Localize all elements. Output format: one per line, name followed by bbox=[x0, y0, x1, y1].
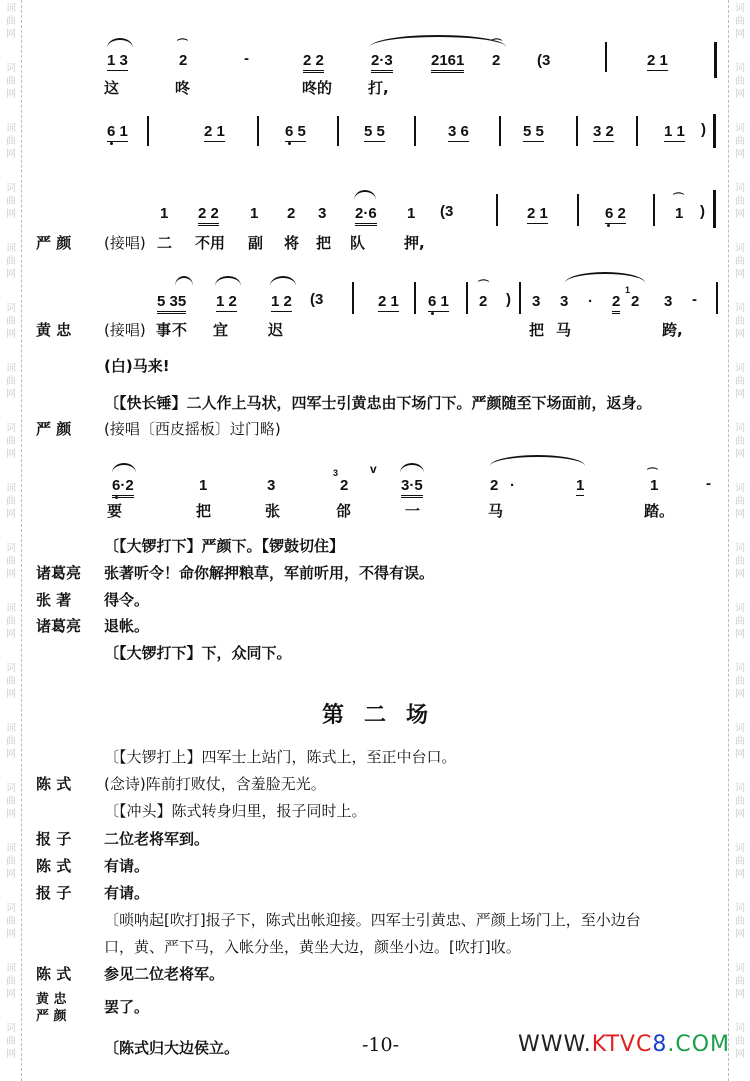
note: 3 6 bbox=[448, 123, 469, 142]
watermark-stamp: 词曲网 bbox=[4, 482, 18, 521]
lyric: 张 bbox=[265, 500, 280, 521]
watermark-char: 曲 bbox=[733, 1035, 747, 1048]
note: (3 bbox=[310, 291, 323, 308]
watermark-char: 曲 bbox=[733, 15, 747, 28]
watermark-char: 网 bbox=[733, 568, 747, 581]
watermark-stamp: 词曲网 bbox=[733, 302, 747, 341]
lyric: 跨, bbox=[662, 319, 683, 340]
role-name: 报 子 bbox=[36, 828, 71, 849]
slur-mark bbox=[490, 455, 585, 466]
slur-mark bbox=[107, 38, 133, 48]
lyric: 押, bbox=[404, 232, 425, 253]
watermark-stamp: 词曲网 bbox=[733, 122, 747, 161]
note: 2 2 bbox=[303, 52, 324, 73]
dialogue-text: 得令。 bbox=[104, 589, 149, 610]
bar-line bbox=[577, 194, 579, 226]
note: 2 1 bbox=[527, 205, 548, 224]
site-letter: V bbox=[620, 1032, 636, 1057]
lyric: 郃 bbox=[336, 500, 351, 521]
bar-line bbox=[653, 194, 655, 226]
note: 2 2 bbox=[198, 205, 219, 226]
bar-line bbox=[466, 282, 468, 314]
watermark-char: 词 bbox=[4, 362, 18, 375]
lyric: 迟 bbox=[268, 319, 283, 340]
watermark-char: 曲 bbox=[733, 975, 747, 988]
left-margin-guide bbox=[21, 0, 22, 1081]
watermark-char: 曲 bbox=[4, 15, 18, 28]
bar-line bbox=[716, 282, 718, 314]
spoken-line: (白)马来! bbox=[104, 355, 170, 376]
breath-mark: v bbox=[370, 462, 377, 476]
note: 5 35 bbox=[157, 293, 186, 314]
low-octave-dot bbox=[288, 142, 291, 145]
note: 3 bbox=[267, 477, 275, 494]
lyric: 宜 bbox=[213, 319, 228, 340]
watermark-char: 词 bbox=[4, 182, 18, 195]
watermark-char: 网 bbox=[733, 268, 747, 281]
note: 1 bbox=[250, 205, 258, 222]
watermark-char: 词 bbox=[733, 2, 747, 15]
watermark-char: 词 bbox=[733, 722, 747, 735]
grace-note: 3 bbox=[333, 468, 338, 478]
stage-direction: 口，黄、严下马，入帐分坐，黄坐大边，颜坐小边。[吹打]收。 bbox=[104, 936, 521, 957]
slur-mark bbox=[565, 272, 645, 283]
slur-mark bbox=[400, 463, 424, 473]
watermark-stamp: 词曲网 bbox=[733, 842, 747, 881]
site-watermark: WWW.KTVC8.COM bbox=[518, 1032, 730, 1057]
lyric: 队 bbox=[350, 232, 365, 253]
note: 2·6 bbox=[355, 205, 377, 226]
bar-line bbox=[713, 114, 716, 148]
paren-close: ) bbox=[700, 203, 705, 220]
watermark-char: 曲 bbox=[4, 315, 18, 328]
lyric: 把 bbox=[196, 500, 211, 521]
watermark-stamp: 词曲网 bbox=[4, 962, 18, 1001]
note: 1 bbox=[160, 205, 168, 222]
note: 1 bbox=[675, 205, 683, 222]
watermark-char: 词 bbox=[4, 302, 18, 315]
watermark-stamp: 词曲网 bbox=[733, 242, 747, 281]
fermata-mark: ⌒ bbox=[673, 190, 684, 206]
slur-mark bbox=[215, 276, 241, 286]
role-name: 黄 忠 bbox=[36, 319, 71, 340]
watermark-char: 曲 bbox=[733, 435, 747, 448]
note: 2 bbox=[492, 52, 500, 69]
watermark-char: 词 bbox=[733, 62, 747, 75]
watermark-char: 词 bbox=[4, 482, 18, 495]
note: 2 bbox=[479, 293, 487, 310]
bar-line bbox=[414, 282, 416, 314]
lyric: 将 bbox=[284, 232, 299, 253]
bar-line bbox=[713, 190, 716, 228]
watermark-char: 曲 bbox=[733, 495, 747, 508]
watermark-char: 曲 bbox=[733, 195, 747, 208]
stage-direction: 〔【大锣打上】四军士上站门，陈式上，至正中台口。 bbox=[104, 746, 457, 767]
stage-direction: 〔陈式归大边侯立。 bbox=[104, 1037, 239, 1058]
watermark-char: 词 bbox=[4, 782, 18, 795]
note: 3 bbox=[664, 293, 672, 310]
note: 5 5 bbox=[364, 123, 385, 142]
lyric: 二 bbox=[157, 232, 172, 253]
site-letter: 8 bbox=[652, 1032, 667, 1057]
low-octave-dot bbox=[431, 312, 434, 315]
watermark-char: 曲 bbox=[733, 675, 747, 688]
note: 1 2 bbox=[216, 293, 237, 312]
bar-line bbox=[496, 194, 498, 226]
watermark-stamp: 词曲网 bbox=[733, 542, 747, 581]
dialogue-text: 参见二位老将军。 bbox=[104, 963, 224, 984]
role-name: 陈 式 bbox=[36, 963, 71, 984]
watermark-stamp: 词曲网 bbox=[4, 902, 18, 941]
watermark-char: 词 bbox=[733, 962, 747, 975]
lyric: 马 bbox=[488, 500, 503, 521]
watermark-char: 词 bbox=[4, 842, 18, 855]
watermark-char: 网 bbox=[4, 988, 18, 1001]
bar-line bbox=[519, 282, 521, 314]
lyric: 马 bbox=[556, 319, 571, 340]
watermark-stamp: 词曲网 bbox=[4, 62, 18, 101]
watermark-char: 曲 bbox=[4, 855, 18, 868]
watermark-char: 曲 bbox=[4, 615, 18, 628]
watermark-char: 曲 bbox=[4, 75, 18, 88]
watermark-stamp: 词曲网 bbox=[4, 362, 18, 401]
watermark-char: 网 bbox=[733, 628, 747, 641]
paren-close: ) bbox=[506, 291, 511, 308]
watermark-char: 网 bbox=[733, 868, 747, 881]
watermark-char: 词 bbox=[733, 422, 747, 435]
bar-line bbox=[499, 116, 501, 146]
note: 1 bbox=[650, 477, 658, 494]
role-name: 严 颜 bbox=[36, 1005, 67, 1024]
watermark-stamp: 词曲网 bbox=[4, 122, 18, 161]
lyric: 事 bbox=[156, 319, 171, 340]
watermark-char: 词 bbox=[4, 122, 18, 135]
note: 3 bbox=[318, 205, 326, 222]
dash: - bbox=[706, 475, 711, 492]
dialogue-text: 二位老将军到。 bbox=[104, 828, 209, 849]
watermark-stamp: 词曲网 bbox=[733, 422, 747, 461]
watermark-char: 曲 bbox=[733, 315, 747, 328]
watermark-char: 网 bbox=[4, 148, 18, 161]
watermark-char: 词 bbox=[733, 182, 747, 195]
site-suffix: .COM bbox=[667, 1032, 730, 1057]
slur-mark bbox=[370, 35, 506, 47]
watermark-stamp: 词曲网 bbox=[4, 2, 18, 41]
watermark-char: 曲 bbox=[4, 915, 18, 928]
bar-line bbox=[414, 116, 416, 146]
dialogue-text: 有请。 bbox=[104, 882, 149, 903]
watermark-char: 词 bbox=[4, 542, 18, 555]
watermark-char: 词 bbox=[733, 662, 747, 675]
note: 6 5 bbox=[285, 123, 306, 142]
watermark-char: 词 bbox=[4, 902, 18, 915]
bar-line bbox=[605, 42, 607, 72]
page-number: -10- bbox=[362, 1034, 399, 1056]
watermark-char: 网 bbox=[733, 28, 747, 41]
bar-line bbox=[257, 116, 259, 146]
watermark-char: 曲 bbox=[733, 375, 747, 388]
watermark-char: 网 bbox=[4, 688, 18, 701]
lyric: 咚 bbox=[175, 77, 190, 98]
lyric: 打, bbox=[368, 77, 389, 98]
watermark-char: 曲 bbox=[733, 75, 747, 88]
watermark-char: 网 bbox=[733, 508, 747, 521]
watermark-char: 网 bbox=[733, 748, 747, 761]
watermark-stamp: 词曲网 bbox=[4, 1022, 18, 1061]
lyric: 要 bbox=[107, 500, 122, 521]
watermark-char: 网 bbox=[4, 88, 18, 101]
note: 1 bbox=[576, 477, 584, 496]
watermark-char: 网 bbox=[4, 748, 18, 761]
role-name: 张 著 bbox=[36, 589, 71, 610]
watermark-stamp: 词曲网 bbox=[733, 362, 747, 401]
dash: - bbox=[244, 50, 249, 67]
watermark-char: 网 bbox=[733, 1048, 747, 1061]
paren-close: ) bbox=[701, 121, 706, 138]
watermark-char: 曲 bbox=[4, 675, 18, 688]
note: 1 3 bbox=[107, 52, 128, 71]
dialogue-text: (念诗)阵前打败仗，含羞脸无光。 bbox=[104, 773, 326, 794]
watermark-char: 词 bbox=[733, 302, 747, 315]
watermark-stamp: 词曲网 bbox=[4, 662, 18, 701]
watermark-stamp: 词曲网 bbox=[4, 842, 18, 881]
low-octave-dot bbox=[607, 224, 610, 227]
note: 3 bbox=[532, 293, 540, 310]
dialogue-text: 退帐。 bbox=[104, 615, 149, 636]
watermark-char: 词 bbox=[733, 242, 747, 255]
lyric: 咚的 bbox=[302, 77, 332, 98]
note: 5 5 bbox=[523, 123, 544, 142]
note: 1 2 bbox=[271, 293, 292, 312]
note: 6 1 bbox=[428, 293, 449, 312]
slur-mark bbox=[175, 276, 193, 286]
note: 2 bbox=[179, 52, 187, 69]
note: 6 2 bbox=[605, 205, 626, 224]
low-octave-dot bbox=[115, 496, 118, 499]
stage-direction: 〔唢呐起[吹打]报子下，陈式出帐迎接。四军士引黄忠、严颜上场门上，至小边台 bbox=[104, 909, 641, 930]
bar-line bbox=[576, 116, 578, 146]
watermark-stamp: 词曲网 bbox=[733, 482, 747, 521]
watermark-char: 曲 bbox=[4, 255, 18, 268]
role-name: 诸葛亮 bbox=[36, 615, 81, 636]
watermark-char: 词 bbox=[733, 482, 747, 495]
bar-line bbox=[337, 116, 339, 146]
role-name: 诸葛亮 bbox=[36, 562, 81, 583]
singing-mode: (接唱) bbox=[104, 232, 146, 253]
watermark-char: 曲 bbox=[733, 615, 747, 628]
watermark-char: 词 bbox=[4, 2, 18, 15]
watermark-stamp: 词曲网 bbox=[733, 722, 747, 761]
watermark-char: 网 bbox=[733, 928, 747, 941]
bar-line bbox=[636, 116, 638, 146]
watermark-char: 曲 bbox=[733, 735, 747, 748]
watermark-stamp: 词曲网 bbox=[733, 62, 747, 101]
note: 2 bbox=[612, 293, 620, 314]
fermata-mark: ⌒ bbox=[491, 36, 502, 52]
watermark-char: 词 bbox=[4, 962, 18, 975]
watermark-stamp: 词曲网 bbox=[4, 782, 18, 821]
watermark-char: 曲 bbox=[733, 255, 747, 268]
watermark-char: 曲 bbox=[4, 795, 18, 808]
watermark-char: 词 bbox=[4, 662, 18, 675]
watermark-char: 曲 bbox=[4, 435, 18, 448]
singing-mode: (接唱) bbox=[104, 319, 146, 340]
bar-line bbox=[714, 42, 717, 78]
role-name: 陈 式 bbox=[36, 855, 71, 876]
dialogue-text: 罢了。 bbox=[104, 996, 149, 1017]
watermark-stamp: 词曲网 bbox=[4, 302, 18, 341]
note: 6 1 bbox=[107, 123, 128, 142]
bar-line bbox=[147, 116, 149, 146]
slur-mark bbox=[354, 190, 376, 200]
watermark-char: 曲 bbox=[4, 195, 18, 208]
watermark-char: 网 bbox=[733, 688, 747, 701]
watermark-char: 曲 bbox=[733, 795, 747, 808]
watermark-char: 网 bbox=[4, 328, 18, 341]
watermark-char: 词 bbox=[733, 1022, 747, 1035]
lyric: 把 bbox=[529, 319, 544, 340]
note: 2 1 bbox=[647, 52, 668, 71]
watermark-char: 网 bbox=[733, 88, 747, 101]
note: 3 2 bbox=[593, 123, 614, 142]
lyric: 把 bbox=[316, 232, 331, 253]
watermark-char: 网 bbox=[4, 928, 18, 941]
dash: - bbox=[692, 291, 697, 308]
role-name: 严 颜 bbox=[36, 232, 71, 253]
note: 2 bbox=[340, 477, 348, 494]
watermark-char: 曲 bbox=[733, 135, 747, 148]
watermark-char: 词 bbox=[4, 422, 18, 435]
note: 3 bbox=[560, 293, 568, 310]
role-name: 陈 式 bbox=[36, 773, 71, 794]
watermark-stamp: 词曲网 bbox=[4, 242, 18, 281]
watermark-char: 曲 bbox=[4, 555, 18, 568]
watermark-char: 词 bbox=[4, 722, 18, 735]
watermark-char: 网 bbox=[4, 268, 18, 281]
watermark-char: 网 bbox=[733, 148, 747, 161]
watermark-char: 曲 bbox=[4, 135, 18, 148]
site-prefix: WWW. bbox=[518, 1032, 592, 1057]
watermark-stamp: 词曲网 bbox=[733, 602, 747, 641]
watermark-char: 曲 bbox=[4, 735, 18, 748]
watermark-char: 网 bbox=[4, 208, 18, 221]
note: 2·3 bbox=[371, 52, 393, 73]
watermark-char: 词 bbox=[733, 362, 747, 375]
stage-direction: 〔【快长锤】二人作上马状，四军士引黄忠由下场门下。严颜随至下场面前，返身。 bbox=[104, 392, 652, 413]
note: 3·5 bbox=[401, 477, 423, 498]
dialogue-text: 张著听令！命你解押粮草，军前听用，不得有误。 bbox=[104, 562, 434, 583]
watermark-stamp: 词曲网 bbox=[733, 1022, 747, 1061]
watermark-char: 网 bbox=[733, 208, 747, 221]
stage-direction: 〔【大锣打下】严颜下。【锣鼓切住】 bbox=[104, 535, 344, 556]
note: 6·2 bbox=[112, 477, 134, 498]
stage-direction: 〔【大锣打下】下，众同下。 bbox=[104, 642, 292, 663]
watermark-char: 网 bbox=[4, 568, 18, 581]
watermark-stamp: 词曲网 bbox=[4, 542, 18, 581]
stage-direction: (接唱〔西皮摇板〕过门略) bbox=[104, 418, 281, 439]
watermark-char: 网 bbox=[4, 808, 18, 821]
note-dot: · bbox=[510, 477, 515, 494]
lyric: 一 bbox=[405, 500, 420, 521]
note: 2 bbox=[631, 293, 639, 310]
lyric: 不 bbox=[172, 319, 187, 340]
watermark-stamp: 词曲网 bbox=[733, 902, 747, 941]
watermark-stamp: 词曲网 bbox=[4, 722, 18, 761]
watermark-char: 词 bbox=[733, 542, 747, 555]
lyric: 副 bbox=[248, 232, 263, 253]
watermark-char: 词 bbox=[733, 902, 747, 915]
right-margin-guide bbox=[728, 0, 729, 1081]
watermark-char: 曲 bbox=[4, 1035, 18, 1048]
role-name: 报 子 bbox=[36, 882, 71, 903]
watermark-char: 曲 bbox=[4, 975, 18, 988]
watermark-char: 网 bbox=[4, 628, 18, 641]
note: 2 1 bbox=[378, 293, 399, 312]
grace-note: 1 bbox=[625, 285, 630, 295]
bar-line bbox=[352, 282, 354, 314]
note: 2 1 bbox=[204, 123, 225, 142]
watermark-char: 网 bbox=[733, 808, 747, 821]
scene-title: 第二场 bbox=[322, 698, 448, 729]
watermark-char: 词 bbox=[733, 122, 747, 135]
role-name: 严 颜 bbox=[36, 418, 71, 439]
note: 1 bbox=[407, 205, 415, 222]
note-dot: · bbox=[588, 293, 593, 310]
watermark-stamp: 词曲网 bbox=[733, 662, 747, 701]
note: (3 bbox=[440, 203, 453, 220]
watermark-char: 词 bbox=[733, 782, 747, 795]
low-octave-dot bbox=[110, 142, 113, 145]
note: 1 1 bbox=[664, 123, 685, 142]
note: 2 bbox=[287, 205, 295, 222]
lyric: 这 bbox=[104, 77, 119, 98]
watermark-char: 曲 bbox=[733, 555, 747, 568]
watermark-char: 网 bbox=[733, 448, 747, 461]
note: 2161 bbox=[431, 52, 464, 73]
note: 1 bbox=[199, 477, 207, 494]
watermark-char: 网 bbox=[4, 388, 18, 401]
site-letter: K bbox=[592, 1032, 606, 1057]
slur-mark bbox=[270, 276, 296, 286]
fermata-mark: ⌒ bbox=[177, 36, 188, 52]
watermark-char: 网 bbox=[4, 508, 18, 521]
watermark-stamp: 词曲网 bbox=[733, 962, 747, 1001]
watermark-stamp: 词曲网 bbox=[733, 182, 747, 221]
watermark-char: 网 bbox=[4, 28, 18, 41]
watermark-char: 曲 bbox=[4, 375, 18, 388]
slur-mark bbox=[112, 463, 136, 473]
watermark-char: 网 bbox=[4, 1048, 18, 1061]
lyric: 不用 bbox=[195, 232, 225, 253]
watermark-stamp: 词曲网 bbox=[4, 602, 18, 641]
watermark-stamp: 词曲网 bbox=[733, 2, 747, 41]
watermark-stamp: 词曲网 bbox=[4, 182, 18, 221]
watermark-char: 词 bbox=[733, 602, 747, 615]
note: (3 bbox=[537, 52, 550, 69]
note: 2 bbox=[490, 477, 498, 494]
watermark-char: 词 bbox=[4, 62, 18, 75]
watermark-char: 曲 bbox=[733, 915, 747, 928]
site-letter: C bbox=[636, 1032, 652, 1057]
watermark-char: 网 bbox=[4, 448, 18, 461]
watermark-char: 词 bbox=[733, 842, 747, 855]
watermark-char: 网 bbox=[733, 388, 747, 401]
watermark-char: 曲 bbox=[733, 855, 747, 868]
watermark-stamp: 词曲网 bbox=[733, 782, 747, 821]
watermark-char: 网 bbox=[733, 328, 747, 341]
watermark-char: 词 bbox=[4, 242, 18, 255]
watermark-char: 网 bbox=[4, 868, 18, 881]
